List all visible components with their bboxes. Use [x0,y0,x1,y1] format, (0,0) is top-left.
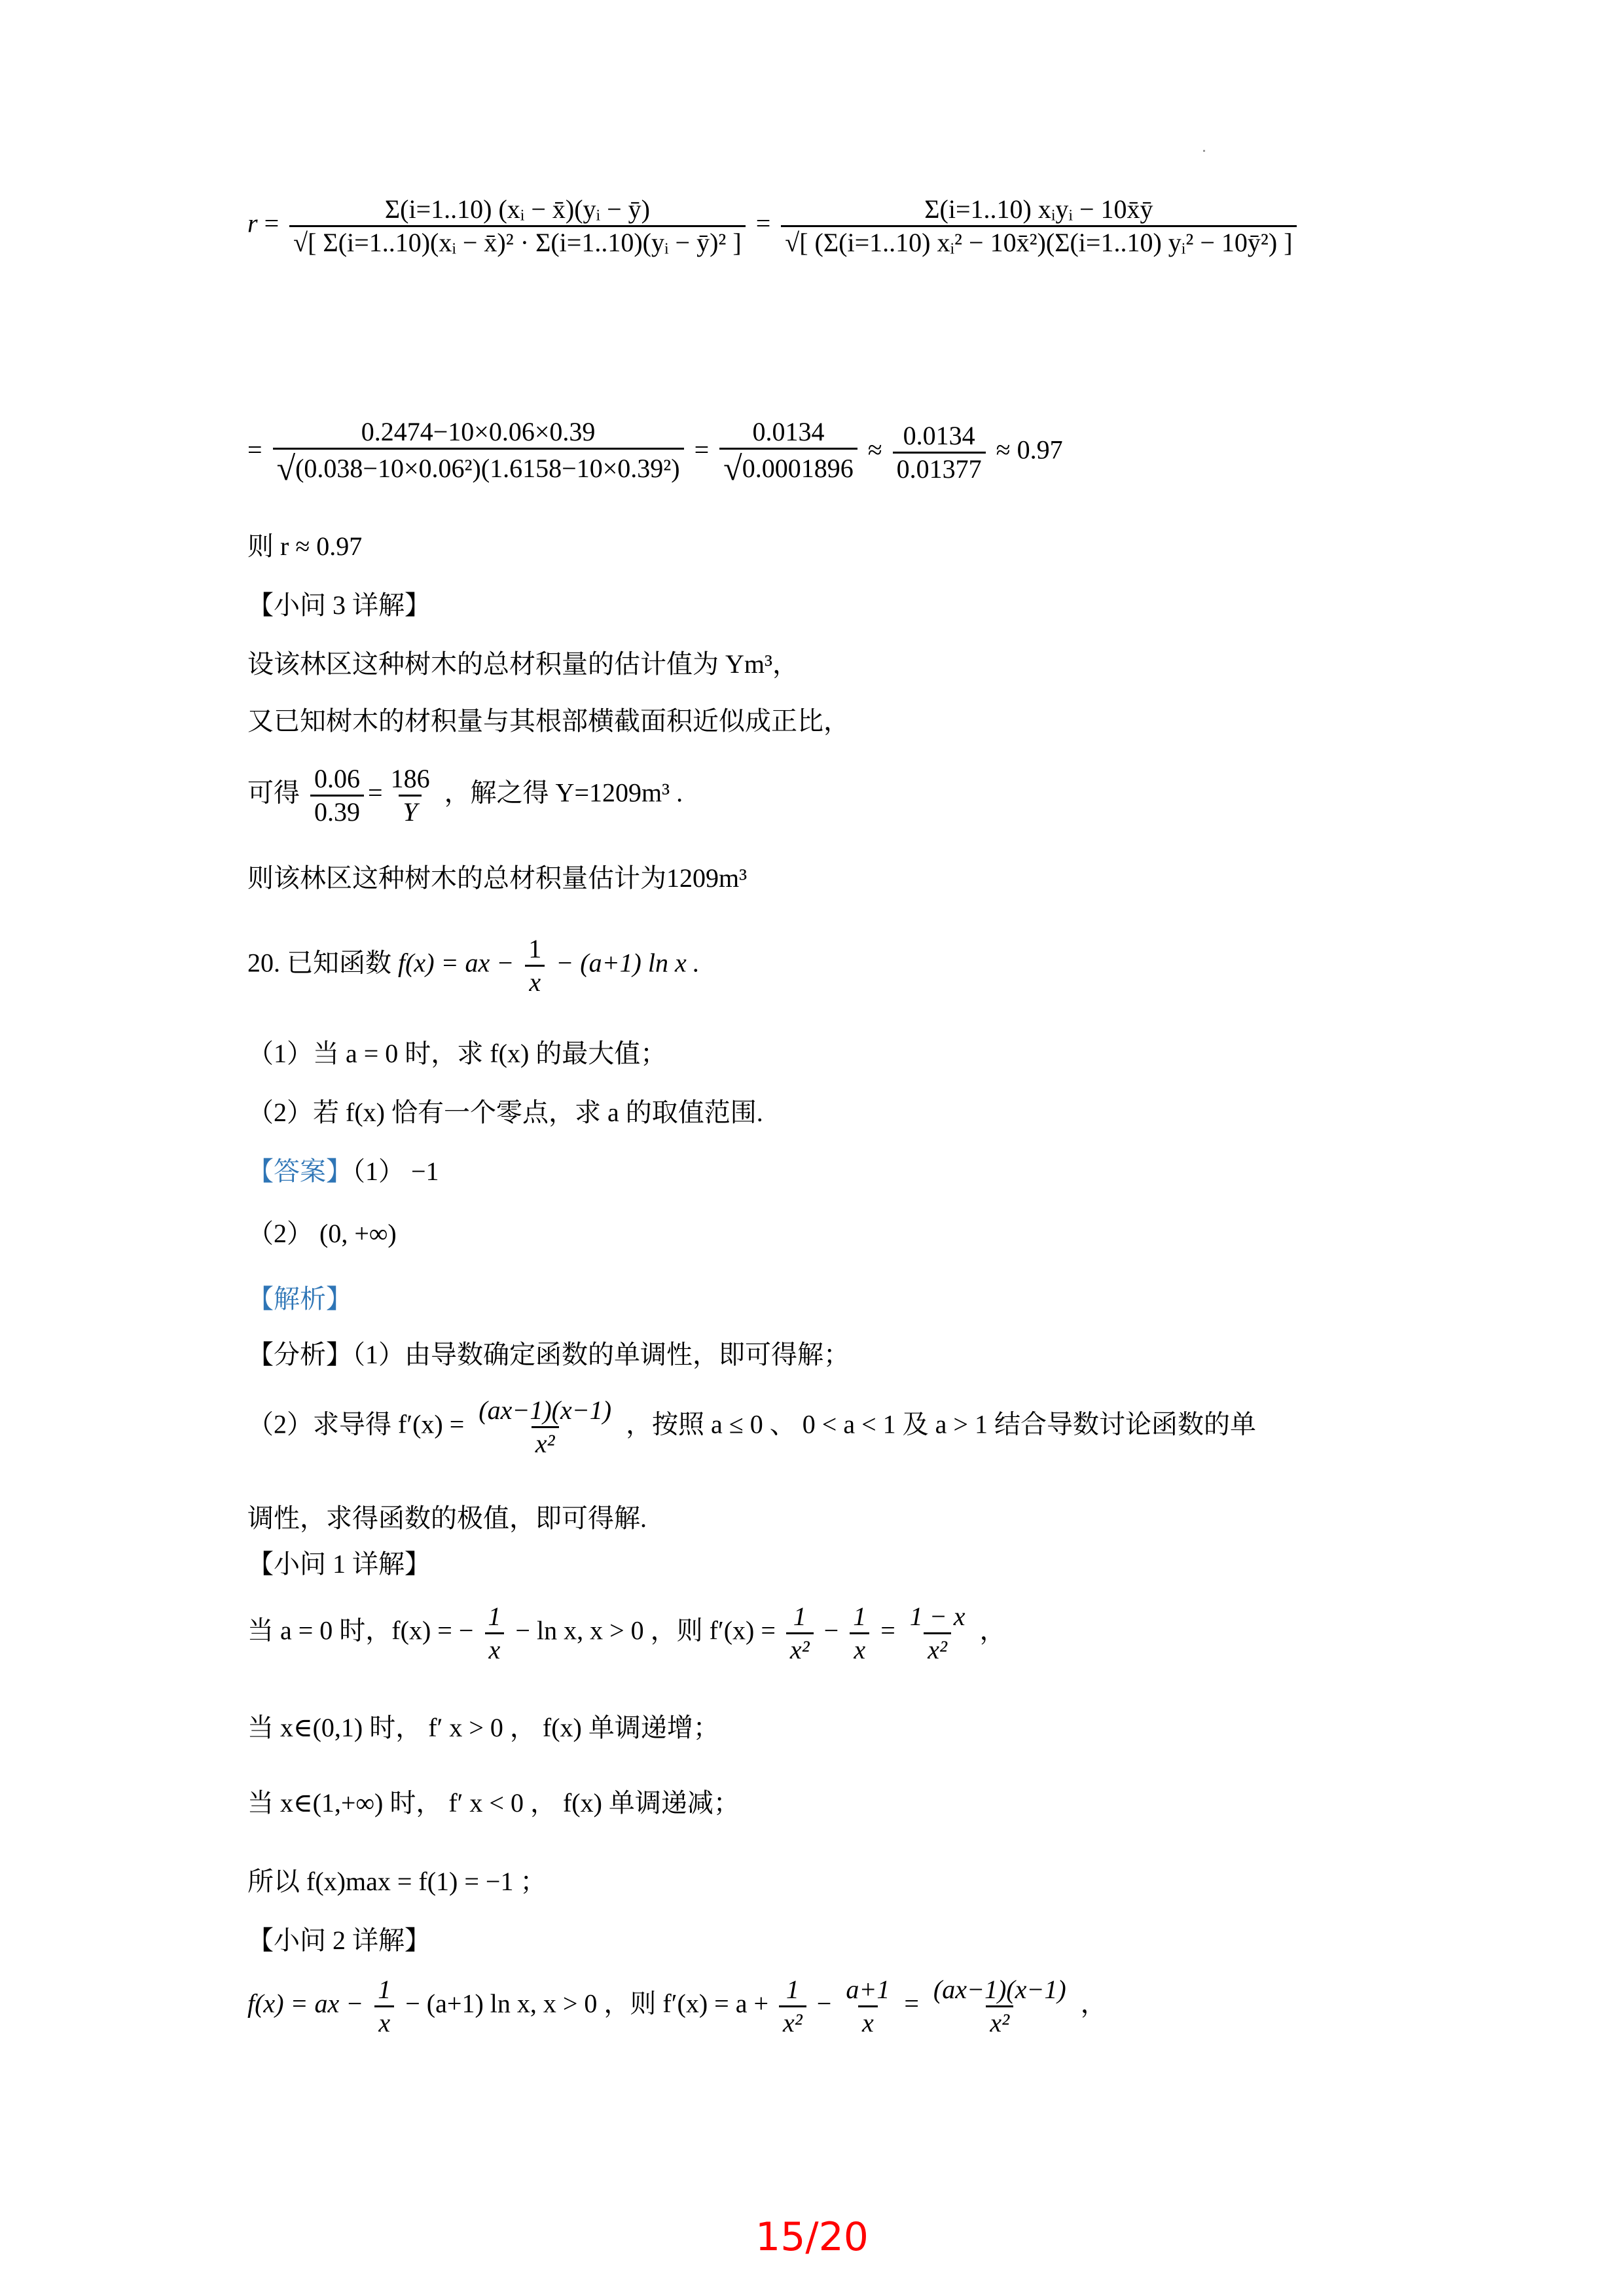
sub3-line4: 则该林区这种树木的总材积量估计为1209m³ [247,865,747,891]
stray-mark [1203,150,1205,152]
numeric-den-2: √0.0001896 [719,448,857,486]
r-numerator-2: Σ(i=1..10) xᵢyᵢ − 10x̄ȳ [920,196,1157,225]
fenxi-line2: （2）求导得 f′(x) = (ax−1)(x−1) x² ，按照 a ≤ 0 … [247,1397,1256,1457]
answer-line2: （2） (0, +∞) [247,1221,397,1247]
analysis-label: 【解析】 [247,1286,352,1312]
numeric-num-1: 0.2474−10×0.06×0.39 [357,419,600,448]
sub1-header: 【小问 1 详解】 [247,1551,431,1577]
sub3-line1: 设该林区这种树木的总材积量的估计值为 Ym³， [247,651,799,677]
numeric-den-1: √(0.038−10×0.06²)(1.6158−10×0.39²) [273,448,684,486]
numeric-den-3: 0.01377 [893,452,986,482]
sub3-header: 【小问 3 详解】 [247,592,431,619]
r-denominator-2: √[ (Σ(i=1..10) xᵢ² − 10x̄²)(Σ(i=1..10) y… [781,225,1296,256]
sub1-line2: 当 x∈(0,1) 时， f′ x > 0 ， f(x) 单调递增； [247,1715,719,1741]
page-number: 15/20 [0,2214,1624,2260]
question-20: 20. 已知函数 f(x) = ax − 1 x − (a+1) ln x . [247,936,700,996]
q20-part2: （2）若 f(x) 恰有一个零点，求 a 的取值范围. [247,1100,763,1126]
formula-r-numeric: = 0.2474−10×0.06×0.39 √(0.038−10×0.06²)(… [247,419,1063,486]
answer-label: 【答案】 [247,1157,352,1186]
fenxi-line1: 【分析】（1）由导数确定函数的单调性，即可得解； [247,1342,850,1368]
sub2-line1: f(x) = ax − 1x − (a+1) ln x, x > 0 ，则 f′… [247,1977,1107,2036]
sub3-line3: 可得 0.06 0.39 = 186 Y ，解之得 Y=1209m³ . [247,766,683,825]
answer-line1: 【答案】（1） −1 [247,1158,439,1185]
sub3-line2: 又已知树木的材积量与其根部横截面积近似成正比， [247,708,850,734]
r-conclusion: 则 r ≈ 0.97 [247,533,362,560]
fenxi-line3: 调性，求得函数的极值，即可得解. [247,1505,647,1532]
sub1-line4: 所以 f(x)max = f(1) = −1 ； [247,1869,546,1895]
q20-part1: （1）当 a = 0 时，求 f(x) 的最大值； [247,1041,666,1067]
sub1-line3: 当 x∈(1,+∞) 时， f′ x < 0 ， f(x) 单调递减； [247,1790,740,1816]
document-page: r = Σ(i=1..10) (xᵢ − x̄)(yᵢ − ȳ) √[ Σ(i=… [0,0,1624,2296]
sub1-line1: 当 a = 0 时，f(x) = − 1x − ln x, x > 0 ，则 f… [247,1604,1006,1663]
sub2-header: 【小问 2 详解】 [247,1928,431,1954]
r-denominator-1: √[ Σ(i=1..10)(xᵢ − x̄)² · Σ(i=1..10)(yᵢ … [289,225,746,256]
numeric-result: ≈ 0.97 [996,435,1063,465]
numeric-num-3: 0.0134 [899,423,979,452]
r-numerator-1: Σ(i=1..10) (xᵢ − x̄)(yᵢ − ȳ) [381,196,654,225]
formula-r-symbolic: r = Σ(i=1..10) (xᵢ − x̄)(yᵢ − ȳ) √[ Σ(i=… [247,196,1301,256]
numeric-num-2: 0.0134 [748,419,828,448]
